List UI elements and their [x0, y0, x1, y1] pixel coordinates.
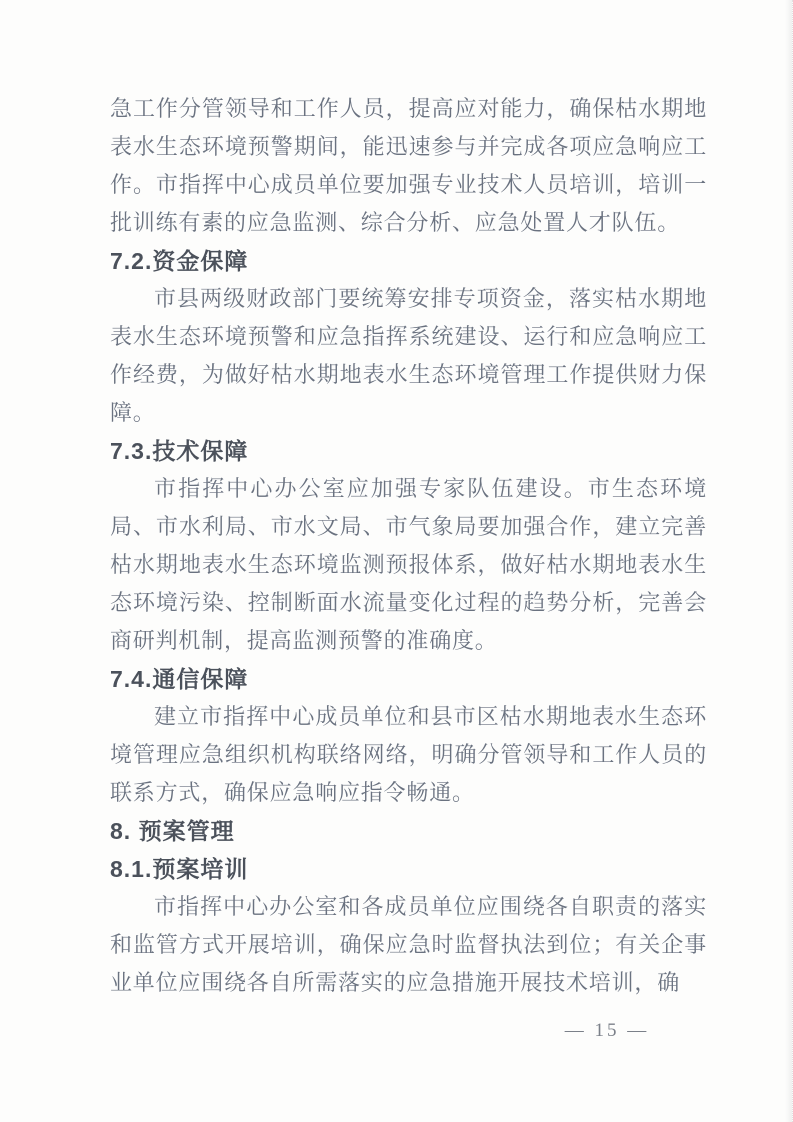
paragraph-7-4: 建立市指挥中心成员单位和县市区枯水期地表水生态环境管理应急组织机构联络网络，明确… — [110, 698, 707, 812]
document-body: 急工作分管领导和工作人员，提高应对能力，确保枯水期地表水生态环境预警期间，能迅速… — [110, 90, 707, 1002]
heading-8: 8. 预案管理 — [110, 812, 707, 850]
heading-7-2: 7.2.资金保障 — [110, 242, 707, 280]
heading-8-1: 8.1.预案培训 — [110, 850, 707, 888]
document-page: 急工作分管领导和工作人员，提高应对能力，确保枯水期地表水生态环境预警期间，能迅速… — [0, 0, 793, 1122]
paragraph-7-2: 市县两级财政部门要统筹安排专项资金，落实枯水期地表水生态环境预警和应急指挥系统建… — [110, 280, 707, 432]
heading-7-4: 7.4.通信保障 — [110, 660, 707, 698]
paragraph-8-1: 市指挥中心办公室和各成员单位应围绕各自职责的落实和监管方式开展培训，确保应急时监… — [110, 888, 707, 1002]
heading-7-3: 7.3.技术保障 — [110, 432, 707, 470]
paragraph-7-3: 市指挥中心办公室应加强专家队伍建设。市生态环境局、市水利局、市水文局、市气象局要… — [110, 470, 707, 660]
page-number: — 15 — — [517, 1018, 697, 1044]
paragraph-7-1-continued: 急工作分管领导和工作人员，提高应对能力，确保枯水期地表水生态环境预警期间，能迅速… — [110, 90, 707, 242]
scan-edge-shadow — [785, 0, 793, 1122]
